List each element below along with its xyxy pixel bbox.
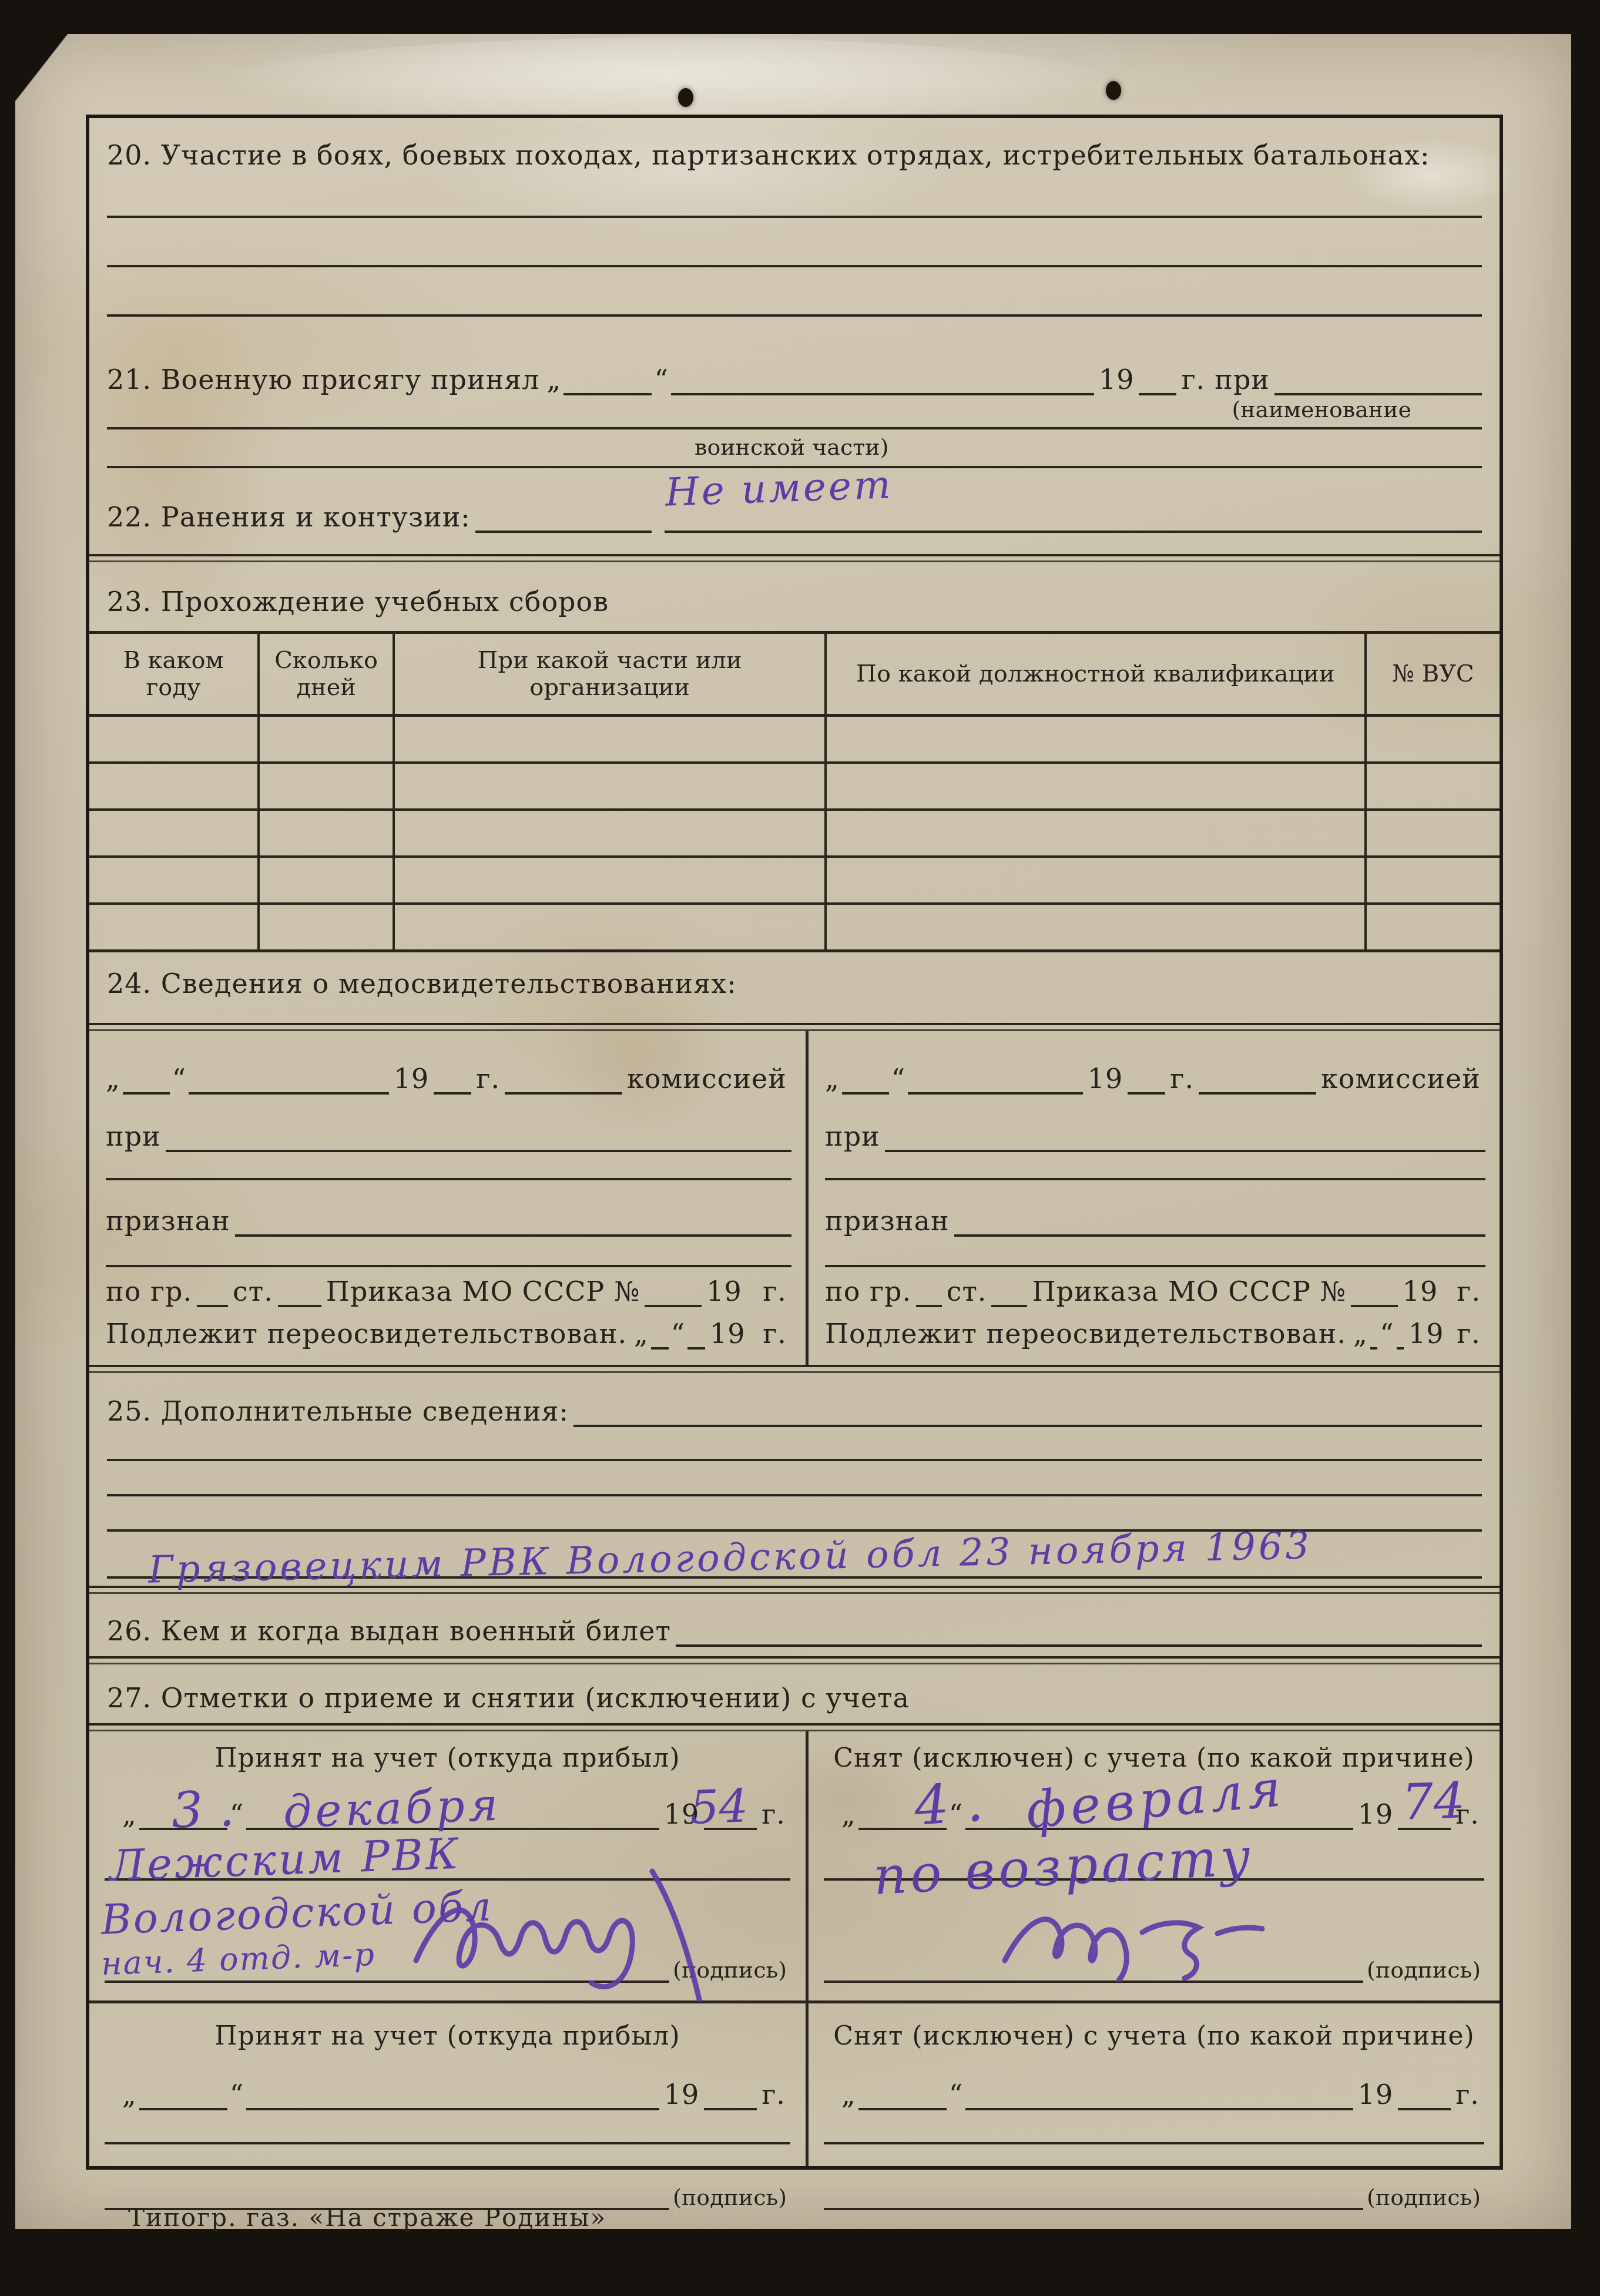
exam-order-line: по гр. ст. Приказа МО СССР № 19 г. (809, 1274, 1500, 1307)
podpis-label: (подпись) (1367, 1957, 1481, 1983)
empty-cell (1366, 715, 1500, 763)
section-26-line: 26. Кем и когда выдан военный билет (89, 1614, 1500, 1647)
handwritten-day: 4 . (912, 1770, 985, 1838)
registration-table: Принят на учет (откуда прибыл) „ “ 19 г. (89, 1731, 1500, 2166)
close-quote: “ (1380, 1318, 1394, 1350)
blank-field (197, 1274, 228, 1307)
form-frame: 20. Участие в боях, боевых походах, парт… (86, 115, 1503, 2170)
year-prefix: 19 (664, 2079, 700, 2110)
accepted-cell-blank: Принят на учет (откуда прибыл) „ “ 19 г. (89, 2003, 809, 2166)
empty-cell (1366, 904, 1500, 951)
removed-date-line: „ “ 19 г. (824, 2077, 1484, 2110)
year-suffix: г. (476, 1063, 500, 1095)
torn-corner (14, 33, 90, 121)
blank-month-field (671, 362, 1094, 395)
section-divider (89, 1365, 1500, 1373)
signature-stroke (407, 1867, 771, 2002)
removed-header: Снят (исключен) с учета (по какой причин… (824, 1743, 1484, 1773)
blank-field (991, 1274, 1027, 1307)
blank-field (885, 1119, 1485, 1152)
reexam-label: Подлежит переосвидетельствован. (825, 1318, 1346, 1350)
empty-cell (394, 904, 825, 951)
section-21-oath-line: 21. Военную присягу принял „ “ 19 г. при (89, 362, 1500, 395)
exam-priznan-line: признан (89, 1204, 806, 1237)
exam-order-line: по гр. ст. Приказа МО СССР № 19 г. (89, 1274, 806, 1307)
blank-field (1397, 1317, 1404, 1350)
close-quote: “ (949, 2079, 964, 2110)
medical-exam-columns: „ “ 19 г. комиссией при (89, 1031, 1500, 1365)
handwritten-month: декабря (283, 1778, 502, 1838)
ruled-line (825, 1178, 1485, 1180)
punch-hole (678, 88, 693, 107)
day-field (858, 2077, 947, 2110)
open-quote: „ (841, 1798, 856, 1830)
reexam-label: Подлежит переосвидетельствован. (106, 1318, 627, 1350)
commission-label: комиссией (1321, 1063, 1481, 1095)
table-row (89, 763, 1500, 810)
blank-field (676, 1614, 1482, 1647)
year-suffix: г. (762, 1798, 786, 1830)
blank-year-field (434, 1062, 471, 1095)
st-label: ст. (947, 1275, 987, 1307)
blank-field (687, 1317, 705, 1350)
empty-cell (1366, 763, 1500, 810)
col-header-unit: При какой части или организации (394, 632, 825, 715)
blank-day-field (842, 1062, 889, 1095)
ruled-line (105, 2142, 790, 2144)
blank-field (166, 1119, 791, 1152)
open-quote: „ (106, 1063, 120, 1095)
close-quote: “ (891, 1063, 906, 1095)
signature-line: (подпись) (824, 2177, 1484, 2210)
accepted-cell-filled: Принят на учет (откуда прибыл) „ “ 19 г. (89, 1731, 809, 2000)
month-field (246, 2077, 659, 2110)
ruled-line (107, 216, 1482, 218)
exam-priznan-line: признан (809, 1204, 1500, 1237)
pri-label: при (825, 1120, 880, 1152)
blank-day-field (123, 1062, 170, 1095)
empty-cell (394, 763, 825, 810)
removed-cell-blank: Снят (исключен) с учета (по какой причин… (809, 2003, 1500, 2166)
priznan-label: признан (825, 1205, 950, 1237)
blank-year-field (1139, 362, 1176, 395)
table-row (89, 904, 1500, 951)
table-row (89, 715, 1500, 763)
empty-cell (826, 904, 1366, 951)
empty-cell (259, 763, 394, 810)
blank-day-field (563, 362, 652, 395)
year-prefix: 19 (1358, 2079, 1394, 2110)
registration-row-filled: Принят на учет (откуда прибыл) „ “ 19 г. (89, 1731, 1500, 2003)
blank-year-field (1128, 1062, 1165, 1095)
blank-commission-field (505, 1062, 622, 1095)
empty-cell (259, 810, 394, 857)
empty-cell (259, 857, 394, 904)
open-quote: „ (634, 1318, 649, 1350)
year-prefix: 19 (1099, 364, 1135, 395)
empty-cell (259, 904, 394, 951)
year-suffix: г. (1181, 364, 1205, 395)
order-label: Приказа МО СССР № (1032, 1275, 1346, 1307)
section-25-title-line: 25. Дополнительные сведения: (89, 1394, 1500, 1427)
exam-date-line: „ “ 19 г. комиссией (809, 1062, 1500, 1095)
medical-exam-left-column: „ “ 19 г. комиссией при (89, 1031, 809, 1365)
blank-field (475, 500, 652, 533)
blank-commission-field (1199, 1062, 1316, 1095)
open-quote: „ (1353, 1318, 1368, 1350)
ruled-line: Грязовецким РВК Вологодской обл 23 ноябр… (107, 1576, 1482, 1579)
handwritten-issuing-office: Грязовецким РВК Вологодской обл 23 ноябр… (147, 1524, 1312, 1592)
col-header-year: В каком году (89, 632, 259, 715)
open-quote: „ (825, 1063, 840, 1095)
close-quote: “ (230, 2079, 244, 2110)
section-27-label: 27. Отметки о приеме и снятии (исключени… (89, 1682, 1500, 1714)
empty-cell (826, 857, 1366, 904)
exam-reexam-line: Подлежит переосвидетельствован. „ “ 19 г… (809, 1317, 1500, 1350)
empty-cell (89, 904, 259, 951)
exam-date-line: „ “ 19 г. комиссией (89, 1062, 806, 1095)
handwritten-year: 54 (689, 1780, 749, 1834)
blank-unit-field (1274, 362, 1482, 395)
st-label: ст. (233, 1275, 273, 1307)
ruled-line (107, 1459, 1482, 1461)
handwritten-day: 3 . (170, 1780, 235, 1840)
close-quote: “ (671, 1318, 686, 1350)
signature-field (824, 2177, 1363, 2210)
blank-field (954, 1204, 1485, 1237)
paper-sheet: 20. Участие в боях, боевых походах, парт… (15, 34, 1571, 2229)
training-camps-table: В каком году Сколько дней При какой част… (89, 631, 1500, 952)
accepted-header: Принят на учет (откуда прибыл) (105, 2021, 790, 2051)
year-suffix: г. (1457, 1275, 1481, 1307)
close-quote: “ (654, 364, 669, 395)
empty-cell (89, 715, 259, 763)
scanned-military-form-page: 20. Участие в боях, боевых походах, парт… (0, 0, 1600, 2296)
ruled-line (825, 1265, 1485, 1267)
po-gr-label: по гр. (825, 1275, 911, 1307)
blank-field (573, 1394, 1482, 1427)
podpis-label: (подпись) (1367, 2184, 1481, 2210)
ruled-line (824, 2142, 1484, 2144)
paper-peel-patch (227, 38, 1108, 126)
blank-field (916, 1274, 941, 1307)
year-prefix: 19 (710, 1318, 746, 1350)
ruled-line (107, 1494, 1482, 1496)
blank-field (1351, 1274, 1398, 1307)
section-25-title: 25. Дополнительные сведения: (107, 1395, 569, 1427)
section-22-label: 22. Ранения и контузии: (107, 501, 471, 533)
section-divider (89, 1656, 1500, 1664)
hint-naimenovanie: (наименование (89, 397, 1500, 422)
exam-reexam-line: Подлежит переосвидетельствован. „ “ 19 г… (89, 1317, 806, 1350)
open-quote: „ (547, 364, 562, 395)
pri-label: при (106, 1120, 161, 1152)
blank-field (645, 1274, 702, 1307)
accepted-date-line: „ “ 19 г. (105, 2077, 790, 2110)
year-prefix: 19 (1403, 1275, 1438, 1307)
section-23-title: 23. Прохождение учебных сборов (89, 586, 1500, 617)
section-26-label: 26. Кем и когда выдан военный билет (107, 1615, 671, 1647)
year-suffix: г. (1455, 2079, 1480, 2110)
removed-cell-filled: Снят (исключен) с учета (по какой причин… (809, 1731, 1500, 2000)
order-label: Приказа МО СССР № (326, 1275, 640, 1307)
year-prefix: 19 (1408, 1318, 1444, 1350)
ruled-line (106, 1178, 791, 1180)
empty-cell (1366, 857, 1500, 904)
signature-stroke (997, 1899, 1302, 1982)
po-gr-label: по гр. (106, 1275, 192, 1307)
blank-field (1370, 1317, 1377, 1350)
table-header-row: В каком году Сколько дней При какой част… (89, 632, 1500, 715)
blank-month-field (908, 1062, 1082, 1095)
year-suffix: г. (762, 2079, 786, 2110)
empty-cell (89, 810, 259, 857)
empty-cell (394, 810, 825, 857)
handwritten-no-wounds: Не имеет (665, 462, 894, 515)
table-row (89, 857, 1500, 904)
year-field (704, 2077, 757, 2110)
section-22-wounds-line: 22. Ранения и контузии: Не имеет (89, 500, 1500, 533)
ruled-line (107, 427, 1482, 429)
removed-header: Снят (исключен) с учета (по какой причин… (824, 2021, 1484, 2051)
section-divider (89, 1023, 1500, 1031)
exam-pri-line: при (809, 1119, 1500, 1152)
empty-cell (826, 763, 1366, 810)
commission-label: комиссией (627, 1063, 787, 1095)
open-quote: „ (841, 2079, 856, 2110)
empty-cell (826, 715, 1366, 763)
year-suffix: г. (763, 1318, 787, 1350)
table-row (89, 810, 1500, 857)
col-header-vus: № ВУС (1366, 632, 1500, 715)
blank-field (651, 1317, 669, 1350)
accepted-header: Принят на учет (откуда прибыл) (105, 1743, 790, 1773)
empty-cell (1366, 810, 1500, 857)
year-suffix: г. (1170, 1063, 1194, 1095)
section-24-title: 24. Сведения о медосвидетельствованиях: (89, 968, 1500, 999)
punch-hole (1106, 81, 1121, 100)
pri-label: при (1215, 364, 1270, 395)
empty-cell (826, 810, 1366, 857)
col-header-days: Сколько дней (259, 632, 394, 715)
handwritten-reason: по возрасту (872, 1826, 1256, 1906)
printer-footer: Типогр. газ. «На страже Родины» (128, 2203, 606, 2232)
section-divider (89, 554, 1500, 562)
year-field (1398, 2077, 1451, 2110)
year-prefix: 19 (1088, 1063, 1123, 1095)
registration-row-blank: Принят на учет (откуда прибыл) „ “ 19 г. (89, 2003, 1500, 2166)
month-field (965, 2077, 1353, 2110)
blank-field (235, 1204, 791, 1237)
hint-voinskoy-chasti: воинской части) (695, 434, 888, 460)
medical-exam-right-column: „ “ 19 г. комиссией при (809, 1031, 1500, 1365)
year-suffix: г. (763, 1275, 787, 1307)
empty-cell (259, 715, 394, 763)
open-quote: „ (122, 2079, 137, 2110)
empty-cell (394, 857, 825, 904)
col-header-qualification: По какой должностной квалификации (826, 632, 1366, 715)
section-20-label: 20. Участие в боях, боевых походах, парт… (89, 139, 1500, 171)
ruled-line (106, 1265, 791, 1267)
section-21-label: 21. Военную присягу принял (107, 364, 540, 395)
year-prefix: 19 (1358, 1798, 1394, 1830)
handwritten-year: 74 (1401, 1771, 1465, 1831)
day-field (139, 2077, 227, 2110)
ruled-line (107, 265, 1482, 267)
open-quote: „ (122, 1798, 137, 1830)
year-suffix: г. (1457, 1318, 1481, 1350)
year-prefix: 19 (394, 1063, 430, 1095)
priznan-label: признан (106, 1205, 230, 1237)
section-divider (89, 1723, 1500, 1731)
ruled-line (107, 314, 1482, 317)
exam-pri-line: при (89, 1119, 806, 1152)
podpis-label: (подпись) (673, 2184, 787, 2210)
close-quote: “ (172, 1063, 187, 1095)
blank-field (278, 1274, 321, 1307)
year-prefix: 19 (706, 1275, 742, 1307)
empty-cell (89, 763, 259, 810)
empty-cell (89, 857, 259, 904)
empty-cell (394, 715, 825, 763)
blank-month-field (189, 1062, 388, 1095)
